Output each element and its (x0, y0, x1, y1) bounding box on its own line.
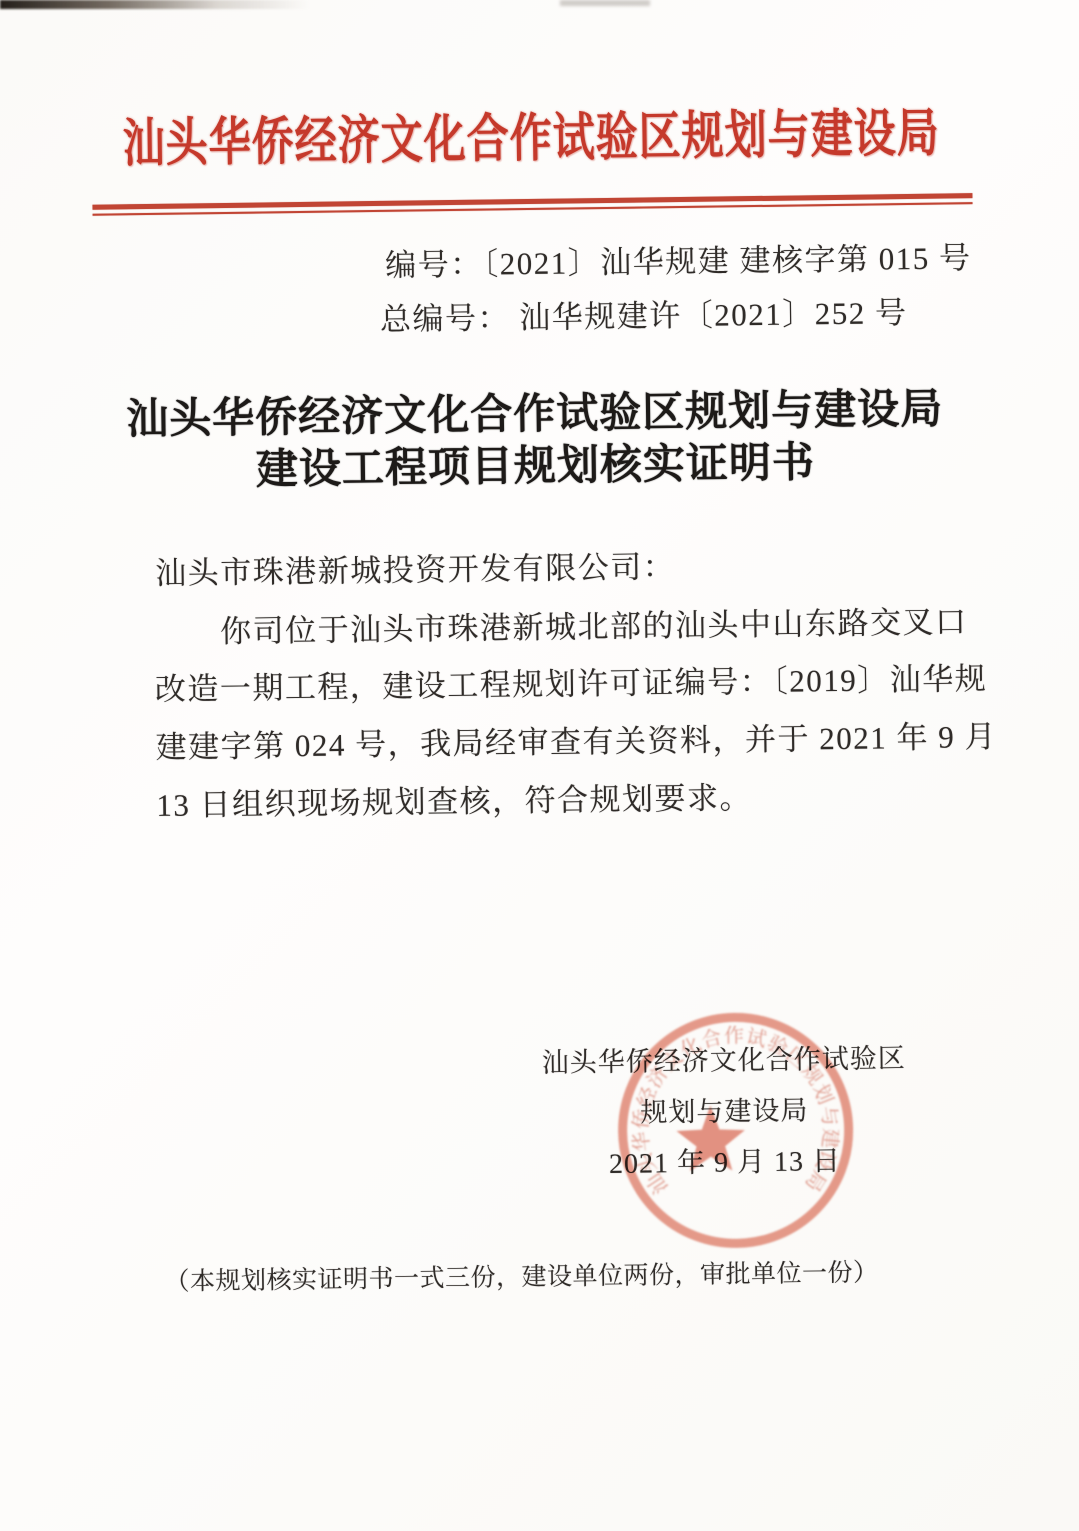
scanned-document-page: 汕头华侨经济文化合作试验区规划与建设局 编号：〔2021〕汕华规建 建核字第 0… (0, 0, 1079, 1531)
body-line-2: 改造一期工程，建设工程规划许可证编号：〔2019〕汕华规 (154, 653, 987, 709)
document-title-line2: 建设工程项目规划核实证明书 (0, 426, 1075, 500)
letterhead-text: 汕头华侨经济文化合作试验区规划与建设局 (122, 92, 940, 177)
official-seal: 汕头华侨经济文化合作试验区规划与建设局 (607, 1005, 864, 1262)
recipient-line: 汕头市珠港新城投资开发有限公司： (155, 541, 676, 593)
body-line-3: 建建字第 024 号，我局经审查有关资料，并于 2021 年 9 月 (155, 711, 997, 767)
document-sheet: 汕头华侨经济文化合作试验区规划与建设局 编号：〔2021〕汕华规建 建核字第 0… (0, 0, 1079, 1531)
body-line-1: 你司位于汕头市珠港新城北部的汕头中山东路交叉口 (220, 596, 968, 651)
letterhead-title: 汕头华侨经济文化合作试验区规划与建设局 (0, 92, 1071, 166)
seal-star-icon (676, 1105, 745, 1171)
document-number: 编号：〔2021〕汕华规建 建核字第 015 号 (385, 232, 972, 285)
document-serial-number: 总编号： 汕华规建许〔2021〕252 号 (380, 287, 908, 339)
footer-note: （本规划核实证明书一式三份，建设单位两份，审批单位一份） (164, 1253, 878, 1298)
body-line-4: 13 日组织现场规划查核，符合规划要求。 (156, 772, 752, 825)
